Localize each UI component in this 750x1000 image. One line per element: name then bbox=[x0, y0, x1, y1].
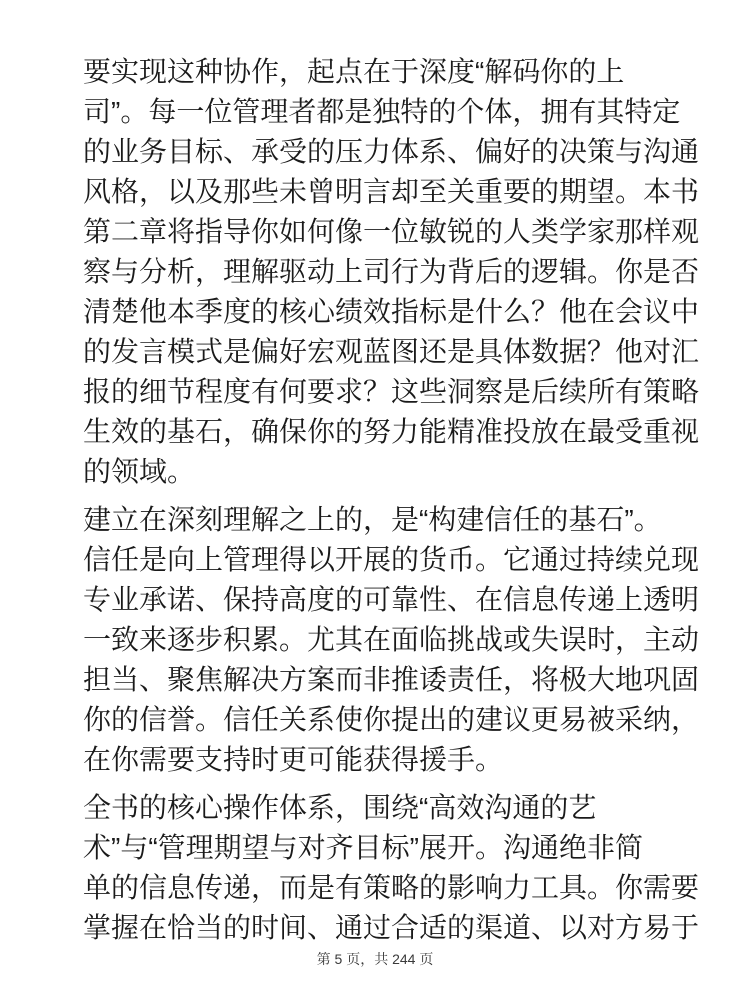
text-line: 信任是向上管理得以开展的货币。它通过持续兑现 bbox=[83, 540, 675, 580]
document-page: 要实现这种协作，起点在于深度“解码你的上司”。每一位管理者都是独特的个体，拥有其… bbox=[0, 0, 750, 1000]
text-line: 全书的核心操作体系，围绕“高效沟通的艺 bbox=[83, 788, 675, 828]
text-line: 在你需要支持时更可能获得援手。 bbox=[83, 740, 675, 780]
text-line: 的发言模式是偏好宏观蓝图还是具体数据？他对汇 bbox=[83, 332, 675, 372]
text-line: 的领域。 bbox=[83, 452, 675, 492]
text-line: 第二章将指导你如何像一位敏锐的人类学家那样观 bbox=[83, 212, 675, 252]
paragraph: 全书的核心操作体系，围绕“高效沟通的艺术”与“管理期望与对齐目标”展开。沟通绝非… bbox=[83, 788, 675, 948]
text-line: 术”与“管理期望与对齐目标”展开。沟通绝非简 bbox=[83, 828, 675, 868]
paragraph: 建立在深刻理解之上的，是“构建信任的基石”。信任是向上管理得以开展的货币。它通过… bbox=[83, 500, 675, 780]
text-line: 要实现这种协作，起点在于深度“解码你的上 bbox=[83, 52, 675, 92]
text-line: 生效的基石，确保你的努力能精准投放在最受重视 bbox=[83, 412, 675, 452]
text-line: 你的信誉。信任关系使你提出的建议更易被采纳， bbox=[83, 700, 675, 740]
text-line: 司”。每一位管理者都是独特的个体，拥有其特定 bbox=[83, 92, 675, 132]
text-line: 的业务目标、承受的压力体系、偏好的决策与沟通 bbox=[83, 132, 675, 172]
text-line: 专业承诺、保持高度的可靠性、在信息传递上透明 bbox=[83, 580, 675, 620]
paragraph: 要实现这种协作，起点在于深度“解码你的上司”。每一位管理者都是独特的个体，拥有其… bbox=[83, 52, 675, 492]
page-footer: 第 5 页，共 244 页 bbox=[0, 950, 750, 968]
text-line: 风格，以及那些未曾明言却至关重要的期望。本书 bbox=[83, 172, 675, 212]
page-indicator: 第 5 页，共 244 页 bbox=[317, 951, 434, 967]
text-line: 掌握在恰当的时间、通过合适的渠道、以对方易于 bbox=[83, 908, 675, 948]
text-line: 建立在深刻理解之上的，是“构建信任的基石”。 bbox=[83, 500, 675, 540]
text-line: 察与分析，理解驱动上司行为背后的逻辑。你是否 bbox=[83, 252, 675, 292]
text-line: 单的信息传递，而是有策略的影响力工具。你需要 bbox=[83, 868, 675, 908]
text-line: 一致来逐步积累。尤其在面临挑战或失误时，主动 bbox=[83, 620, 675, 660]
text-line: 担当、聚焦解决方案而非推诿责任，将极大地巩固 bbox=[83, 660, 675, 700]
text-line: 清楚他本季度的核心绩效指标是什么？他在会议中 bbox=[83, 292, 675, 332]
text-content: 要实现这种协作，起点在于深度“解码你的上司”。每一位管理者都是独特的个体，拥有其… bbox=[83, 52, 675, 948]
text-line: 报的细节程度有何要求？这些洞察是后续所有策略 bbox=[83, 372, 675, 412]
